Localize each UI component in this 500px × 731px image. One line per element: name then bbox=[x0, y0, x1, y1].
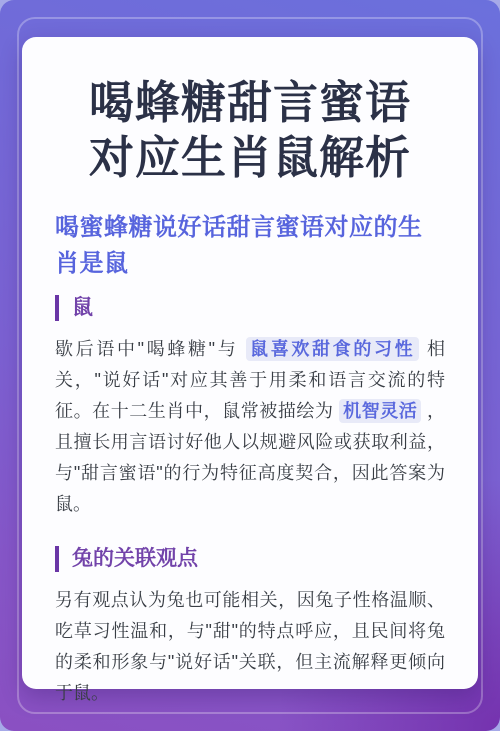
highlight-phrase: 鼠喜欢甜食的习性 bbox=[246, 337, 419, 361]
paragraph-text-run: 另有观点认为兔也可能相关，因兔子性格温顺、吃草习性温和，与"甜"的特点呼应，且民… bbox=[55, 590, 445, 703]
content-card: 喝蜂糖甜言蜜语 对应生肖鼠解析 喝蜜蜂糖说好话甜言蜜语对应的生肖是鼠 鼠 歇后语… bbox=[22, 37, 478, 689]
section-rat-heading: 鼠 bbox=[55, 295, 445, 321]
section-rat-heading-text: 鼠 bbox=[72, 296, 93, 319]
section-rat-paragraph: 歇后语中"喝蜂糖"与 鼠喜欢甜食的习性 相关，"说好话"对应其善于用柔和语言交流… bbox=[55, 334, 445, 520]
poster-title: 喝蜂糖甜言蜜语 对应生肖鼠解析 bbox=[55, 75, 445, 185]
section-rabbit-paragraph: 另有观点认为兔也可能相关，因兔子性格温顺、吃草习性温和，与"甜"的特点呼应，且民… bbox=[55, 585, 445, 709]
section-rabbit-heading-text: 兔的关联观点 bbox=[72, 547, 198, 570]
section-rabbit: 兔的关联观点 另有观点认为兔也可能相关，因兔子性格温顺、吃草习性温和，与"甜"的… bbox=[55, 546, 445, 709]
paragraph-text-run: 歇后语中"喝蜂糖"与 bbox=[55, 339, 246, 359]
poster-title-line1: 喝蜂糖甜言蜜语 bbox=[55, 75, 445, 130]
poster-subtitle: 喝蜜蜂糖说好话甜言蜜语对应的生肖是鼠 bbox=[55, 210, 445, 282]
poster-title-line2: 对应生肖鼠解析 bbox=[55, 130, 445, 185]
section-rabbit-heading: 兔的关联观点 bbox=[55, 546, 445, 572]
highlight-phrase: 机智灵活 bbox=[339, 399, 421, 423]
section-rat: 鼠 歇后语中"喝蜂糖"与 鼠喜欢甜食的习性 相关，"说好话"对应其善于用柔和语言… bbox=[55, 295, 445, 520]
poster-background: 喝蜂糖甜言蜜语 对应生肖鼠解析 喝蜜蜂糖说好话甜言蜜语对应的生肖是鼠 鼠 歇后语… bbox=[0, 0, 500, 731]
